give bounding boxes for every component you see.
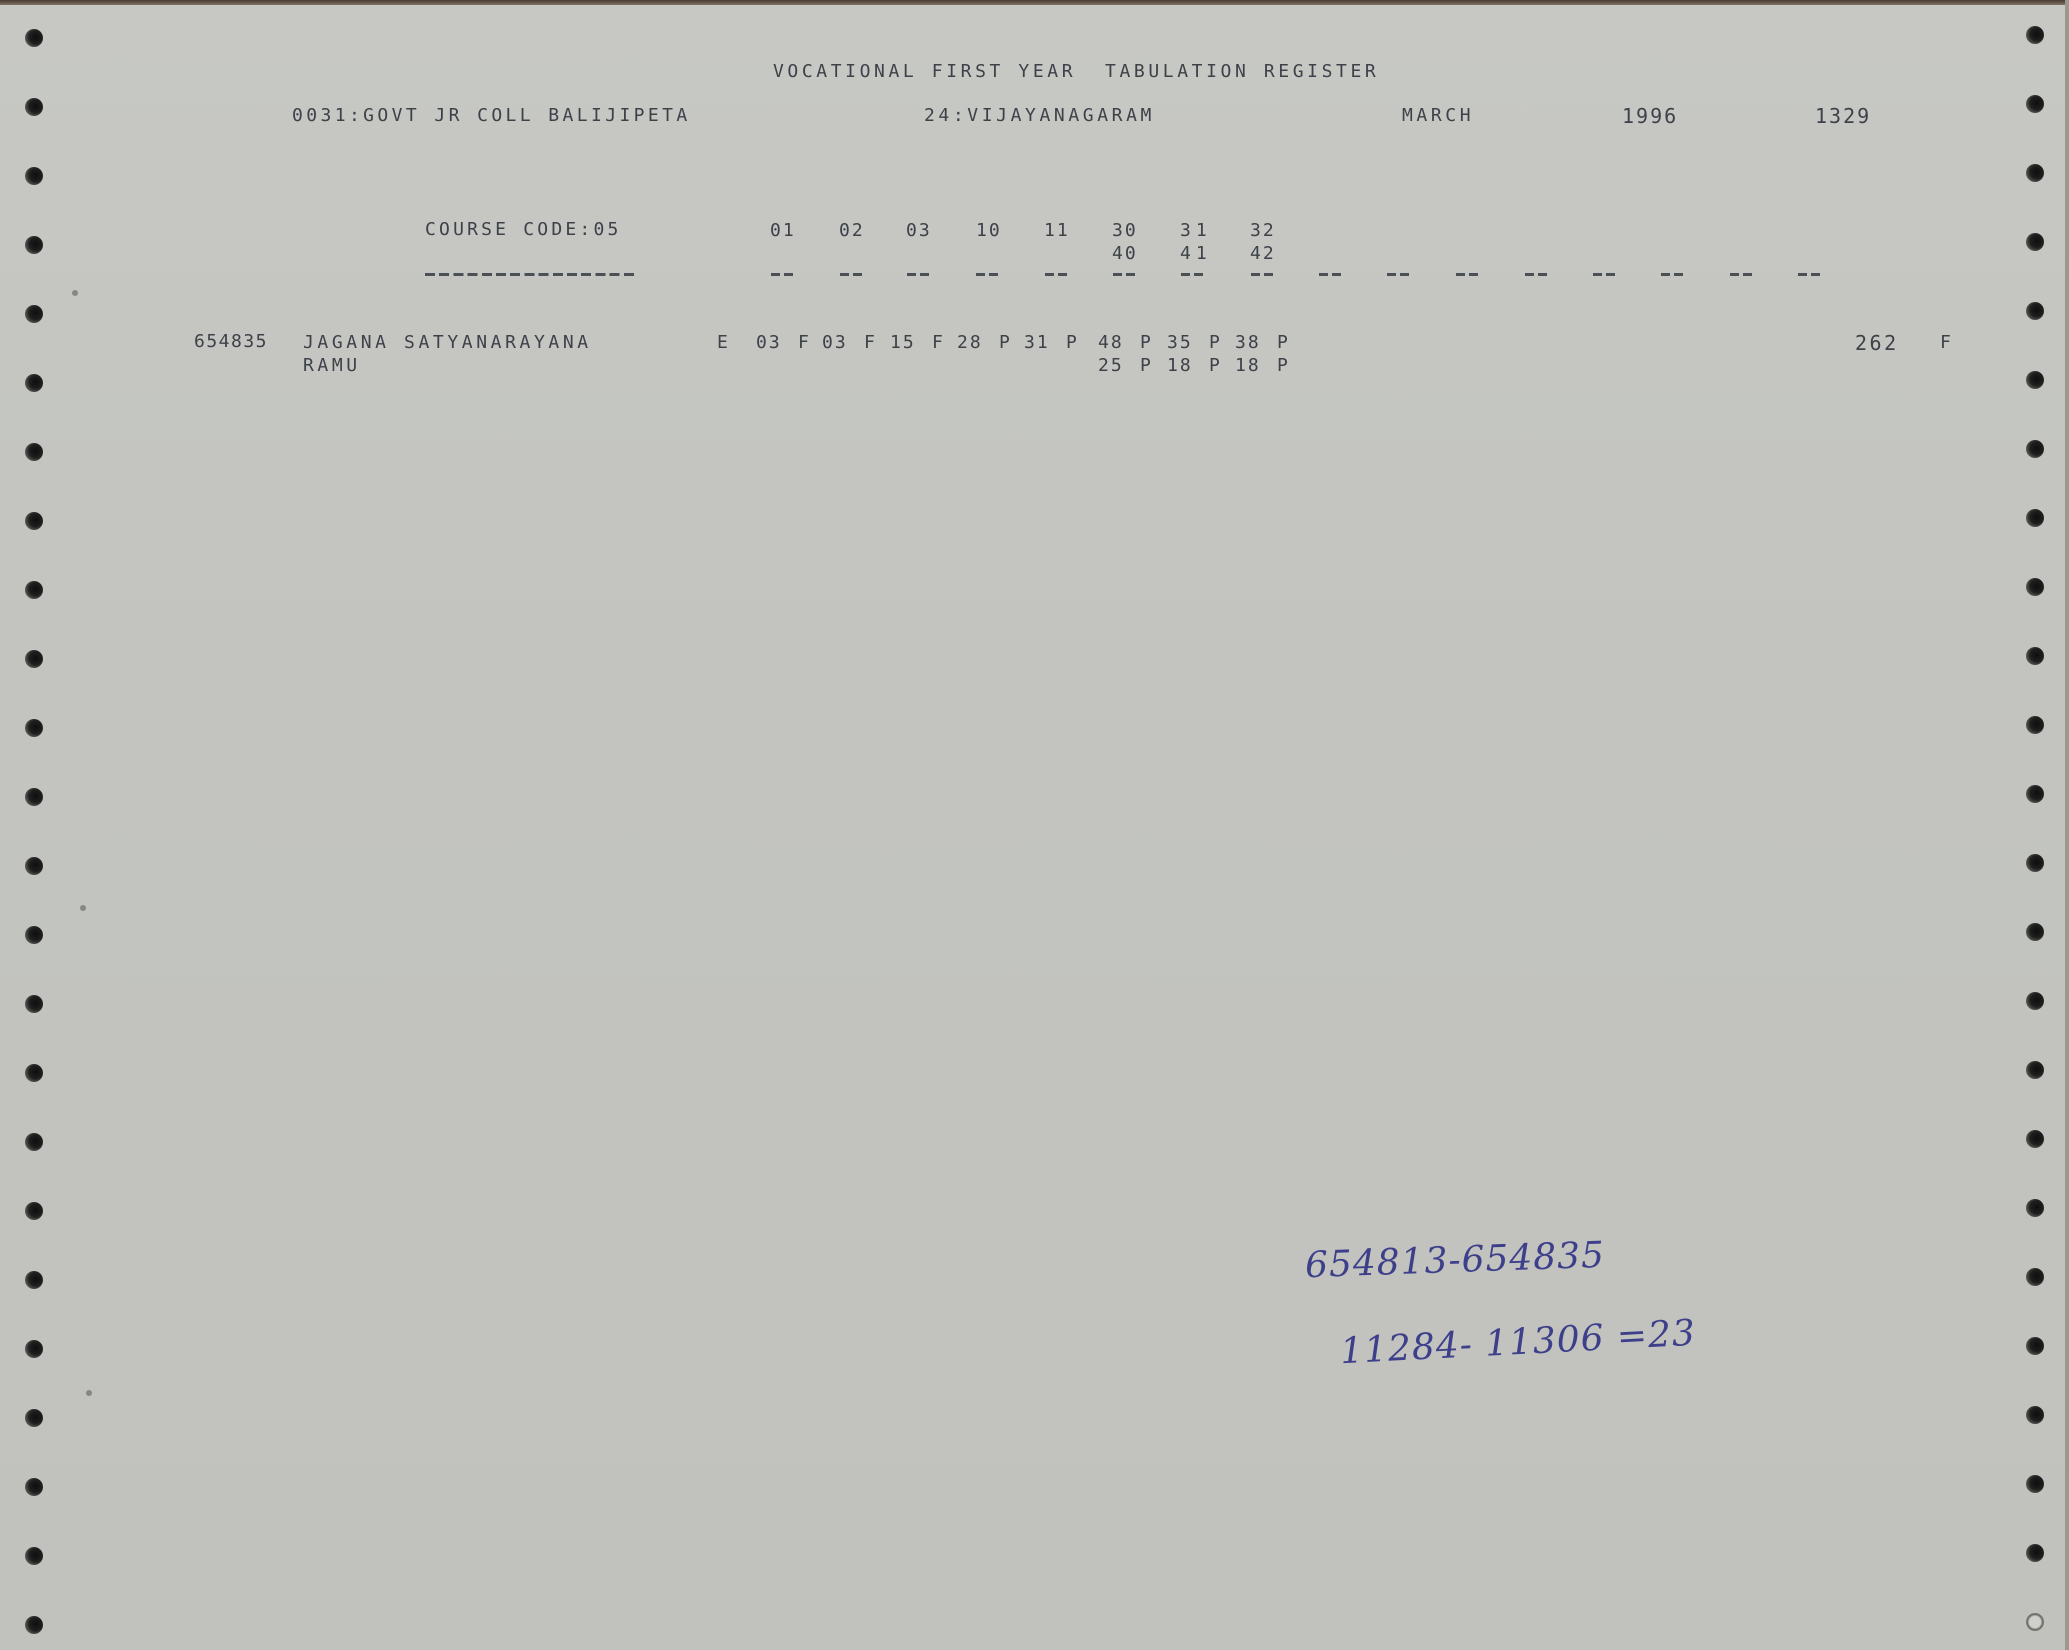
column-underline	[840, 273, 862, 276]
paper-speck	[72, 290, 78, 296]
sprocket-hole	[25, 857, 43, 875]
subject-mark: 18	[1235, 357, 1261, 375]
district-name: 24:VIJAYANAGARAM	[924, 107, 1155, 125]
column-underline	[1251, 273, 1273, 276]
subject-code: 40	[1112, 245, 1138, 263]
column-underline	[1593, 273, 1615, 276]
column-underline	[1456, 273, 1478, 276]
subject-result: P	[1140, 334, 1155, 352]
column-underline	[1387, 273, 1409, 276]
sprocket-hole	[2026, 1061, 2044, 1079]
course-code-underline	[425, 273, 637, 276]
sprocket-hole	[25, 1616, 43, 1634]
sprocket-hole	[25, 1547, 43, 1565]
sprocket-hole	[25, 581, 43, 599]
subject-result: P	[1277, 357, 1292, 375]
sprocket-hole	[2026, 302, 2044, 320]
sprocket-hole	[25, 305, 43, 323]
sprocket-hole	[2026, 95, 2044, 113]
sprocket-hole	[25, 443, 43, 461]
sprocket-hole	[2026, 509, 2044, 527]
sprocket-hole	[2026, 785, 2044, 803]
column-underline	[1525, 273, 1547, 276]
sprocket-hole	[2026, 716, 2044, 734]
subject-mark: 35	[1167, 334, 1193, 352]
subject-code: 41	[1180, 245, 1212, 263]
column-underline	[1730, 273, 1752, 276]
subject-mark: 03	[822, 334, 848, 352]
subject-result: P	[1209, 357, 1224, 375]
sprocket-hole	[2026, 854, 2044, 872]
sprocket-hole	[25, 1133, 43, 1151]
subject-mark: 38	[1235, 334, 1261, 352]
sprocket-hole	[2026, 578, 2044, 596]
paper-speck	[86, 1390, 92, 1396]
student-name-continued: RAMU	[303, 357, 361, 375]
column-underline	[1181, 273, 1203, 276]
subject-code: 30	[1112, 222, 1138, 240]
subject-result: F	[932, 334, 947, 352]
sprocket-hole	[25, 788, 43, 806]
final-result: F	[1940, 334, 1955, 352]
medium-code: E	[717, 334, 732, 352]
subject-result: F	[798, 334, 813, 352]
college-name: 0031:GOVT JR COLL BALIJIPETA	[292, 107, 691, 125]
course-code-label: COURSE CODE:05	[425, 221, 622, 239]
subject-code: 02	[839, 222, 865, 240]
student-name: JAGANA SATYANARAYANA	[303, 334, 592, 352]
sprocket-hole	[25, 1064, 43, 1082]
sprocket-hole	[2026, 992, 2044, 1010]
sprocket-hole	[2026, 1475, 2044, 1493]
sprocket-hole	[2026, 1199, 2044, 1217]
subject-code: 32	[1250, 222, 1276, 240]
sprocket-hole	[2026, 923, 2044, 941]
sprocket-hole	[2026, 1268, 2044, 1286]
paper-speck	[80, 905, 86, 911]
subject-result: P	[1140, 357, 1155, 375]
column-underline	[1045, 273, 1067, 276]
sprocket-hole	[25, 374, 43, 392]
subject-result: F	[864, 334, 879, 352]
paper-right-edge	[2065, 0, 2069, 1650]
sprocket-hole	[2026, 1544, 2044, 1562]
column-underline	[1113, 273, 1135, 276]
sprocket-hole	[2026, 164, 2044, 182]
subject-mark: 48	[1098, 334, 1124, 352]
subject-code: 42	[1250, 245, 1276, 263]
sprocket-hole	[25, 98, 43, 116]
exam-month: MARCH	[1402, 107, 1474, 125]
subject-result: P	[999, 334, 1014, 352]
register-page-number: 1329	[1815, 106, 1871, 126]
subject-mark: 25	[1098, 357, 1124, 375]
sprocket-hole	[2026, 371, 2044, 389]
subject-result: P	[1277, 334, 1292, 352]
sprocket-hole	[25, 995, 43, 1013]
column-underline	[1319, 273, 1341, 276]
subject-mark: 15	[890, 334, 916, 352]
sprocket-hole	[25, 1271, 43, 1289]
sprocket-hole	[25, 1202, 43, 1220]
sprocket-hole	[2026, 1337, 2044, 1355]
subject-mark: 28	[957, 334, 983, 352]
column-underline	[976, 273, 998, 276]
hall-ticket-number: 654835	[194, 333, 268, 351]
column-underline	[907, 273, 929, 276]
subject-code: 10	[976, 222, 1002, 240]
sprocket-hole	[2026, 1613, 2044, 1631]
total-marks: 262	[1855, 333, 1899, 353]
sprocket-hole	[25, 926, 43, 944]
sprocket-hole	[2026, 1406, 2044, 1424]
sprocket-hole	[25, 1409, 43, 1427]
sprocket-hole	[25, 650, 43, 668]
sprocket-hole	[25, 167, 43, 185]
continuous-form-paper	[0, 5, 2069, 1650]
subject-result: P	[1066, 334, 1081, 352]
column-underline	[1798, 273, 1820, 276]
subject-mark: 31	[1024, 334, 1050, 352]
report-title: VOCATIONAL FIRST YEAR TABULATION REGISTE…	[773, 63, 1379, 81]
sprocket-hole	[2026, 26, 2044, 44]
subject-mark: 18	[1167, 357, 1193, 375]
column-underline	[771, 273, 793, 276]
subject-mark: 03	[756, 334, 782, 352]
sprocket-hole	[2026, 1130, 2044, 1148]
subject-result: P	[1209, 334, 1224, 352]
sprocket-hole	[25, 719, 43, 737]
sprocket-hole	[25, 1340, 43, 1358]
column-underline	[1661, 273, 1683, 276]
sprocket-hole	[2026, 233, 2044, 251]
subject-code: 03	[906, 222, 932, 240]
sprocket-hole	[25, 512, 43, 530]
subject-code: 11	[1044, 222, 1070, 240]
sprocket-hole	[25, 29, 43, 47]
subject-code: 01	[770, 222, 796, 240]
exam-year: 1996	[1622, 106, 1678, 126]
sprocket-hole	[25, 1478, 43, 1496]
sprocket-hole	[2026, 647, 2044, 665]
sprocket-hole	[25, 236, 43, 254]
subject-code: 31	[1180, 222, 1212, 240]
sprocket-hole	[2026, 440, 2044, 458]
